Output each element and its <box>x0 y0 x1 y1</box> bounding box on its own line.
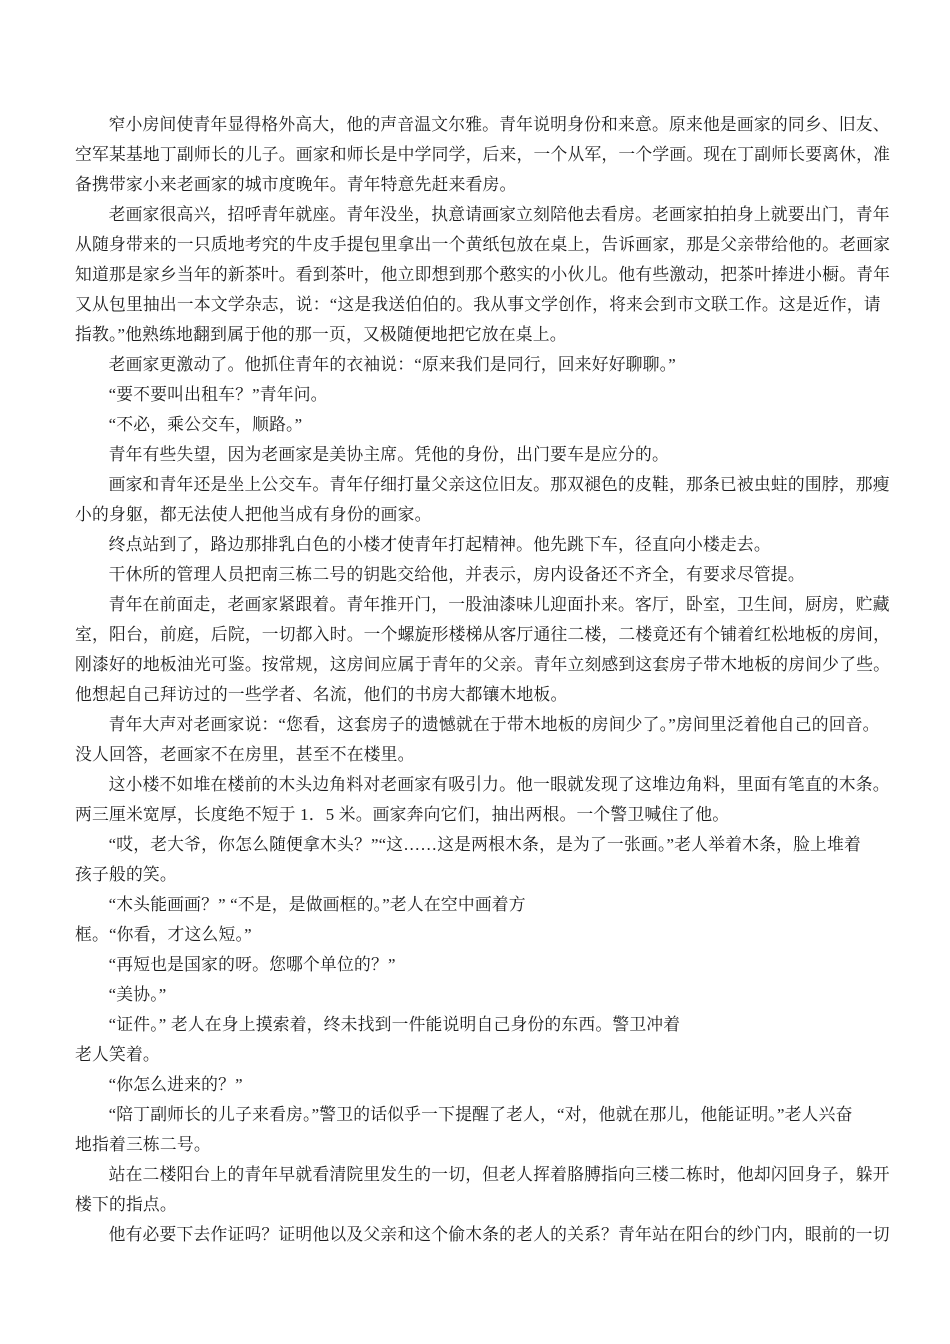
text-line: 青年有些失望，因为老画家是美协主席。凭他的身份，出门要车是应分的。 <box>75 440 893 470</box>
text-line: 老人笑着。 <box>75 1040 893 1070</box>
paragraph: “再短也是国家的呀。您哪个单位的？” <box>75 950 893 980</box>
paragraph: “不必，乘公交车，顺路。” <box>75 410 893 440</box>
text-line: 画家和青年还是坐上公交车。青年仔细打量父亲这位旧友。那双褪色的皮鞋，那条已被虫蛀… <box>75 470 893 500</box>
text-line: 室，阳台，前庭，后院，一切都入时。一个螺旋形楼梯从客厅通往二楼，二楼竟还有个铺着… <box>75 620 893 650</box>
text-line: 窄小房间使青年显得格外高大，他的声音温文尔雅。青年说明身份和来意。原来他是画家的… <box>75 110 893 140</box>
text-line: “你怎么进来的？” <box>75 1070 893 1100</box>
text-line: 青年在前面走，老画家紧跟着。青年推开门，一股油漆味儿迎面扑来。客厅，卧室，卫生间… <box>75 590 893 620</box>
text-line: 地指着三栋二号。 <box>75 1130 893 1160</box>
text-line: 老画家更激动了。他抓住青年的衣袖说：“原来我们是同行，回来好好聊聊。” <box>75 350 893 380</box>
document-body: 窄小房间使青年显得格外高大，他的声音温文尔雅。青年说明身份和来意。原来他是画家的… <box>75 110 893 1250</box>
text-line: 备携带家小来老画家的城市度晚年。青年特意先赶来看房。 <box>75 170 893 200</box>
text-line: 两三厘米宽厚，长度绝不短于 1．5 米。画家奔向它们，抽出两根。一个警卫喊住了他… <box>75 800 893 830</box>
text-line: 老画家很高兴，招呼青年就座。青年没坐，执意请画家立刻陪他去看房。老画家拍拍身上就… <box>75 200 893 230</box>
text-line: 他想起自己拜访过的一些学者、名流，他们的书房大都镶木地板。 <box>75 680 893 710</box>
text-line: “美协。” <box>75 980 893 1010</box>
paragraph: “你怎么进来的？” <box>75 1070 893 1100</box>
text-line: “不必，乘公交车，顺路。” <box>75 410 893 440</box>
paragraph: “美协。” <box>75 980 893 1010</box>
text-line: 这小楼不如堆在楼前的木头边角料对老画家有吸引力。他一眼就发现了这堆边角料，里面有… <box>75 770 893 800</box>
text-line: “要不要叫出租车？”青年问。 <box>75 380 893 410</box>
text-line: “陪丁副师长的儿子来看房。”警卫的话似乎一下提醒了老人，“对，他就在那儿，他能证… <box>75 1100 893 1130</box>
paragraph: 他有必要下去作证吗？证明他以及父亲和这个偷木条的老人的关系？青年站在阳台的纱门内… <box>75 1220 893 1250</box>
text-line: “哎，老大爷，你怎么随便拿木头？”“这……这是两根木条，是为了一张画。”老人举着… <box>75 830 893 860</box>
paragraph: 青年在前面走，老画家紧跟着。青年推开门，一股油漆味儿迎面扑来。客厅，卧室，卫生间… <box>75 590 893 710</box>
text-line: 青年大声对老画家说：“您看，这套房子的遗憾就在于带木地板的房间少了。”房间里泛着… <box>75 710 893 740</box>
text-line: 他有必要下去作证吗？证明他以及父亲和这个偷木条的老人的关系？青年站在阳台的纱门内… <box>75 1220 893 1250</box>
text-line: 孩子般的笑。 <box>75 860 893 890</box>
text-line: “再短也是国家的呀。您哪个单位的？” <box>75 950 893 980</box>
paragraph: 终点站到了，路边那排乳白色的小楼才使青年打起精神。他先跳下车，径直向小楼走去。 <box>75 530 893 560</box>
paragraph: 青年有些失望，因为老画家是美协主席。凭他的身份，出门要车是应分的。 <box>75 440 893 470</box>
text-line: 指教。”他熟练地翻到属于他的那一页，又极随便地把它放在桌上。 <box>75 320 893 350</box>
text-line: 终点站到了，路边那排乳白色的小楼才使青年打起精神。他先跳下车，径直向小楼走去。 <box>75 530 893 560</box>
paragraph: 窄小房间使青年显得格外高大，他的声音温文尔雅。青年说明身份和来意。原来他是画家的… <box>75 110 893 200</box>
text-line: 框。“你看，才这么短。” <box>75 920 893 950</box>
text-line: 又从包里抽出一本文学杂志，说：“这是我送伯伯的。我从事文学创作，将来会到市文联工… <box>75 290 893 320</box>
paragraph: “木头能画画？” “不是，是做画框的。”老人在空中画着方框。“你看，才这么短。” <box>75 890 893 950</box>
paragraph: “哎，老大爷，你怎么随便拿木头？”“这……这是两根木条，是为了一张画。”老人举着… <box>75 830 893 890</box>
paragraph: 这小楼不如堆在楼前的木头边角料对老画家有吸引力。他一眼就发现了这堆边角料，里面有… <box>75 770 893 830</box>
paragraph: 画家和青年还是坐上公交车。青年仔细打量父亲这位旧友。那双褪色的皮鞋，那条已被虫蛀… <box>75 470 893 530</box>
paragraph: 站在二楼阳台上的青年早就看清院里发生的一切，但老人挥着胳膊指向三楼二栋时，他却闪… <box>75 1160 893 1220</box>
paragraph: “要不要叫出租车？”青年问。 <box>75 380 893 410</box>
paragraph: 老画家更激动了。他抓住青年的衣袖说：“原来我们是同行，回来好好聊聊。” <box>75 350 893 380</box>
text-line: 从随身带来的一只质地考究的牛皮手提包里拿出一个黄纸包放在桌上，告诉画家，那是父亲… <box>75 230 893 260</box>
text-line: 干休所的管理人员把南三栋二号的钥匙交给他，并表示，房内设备还不齐全，有要求尽管提… <box>75 560 893 590</box>
text-line: “木头能画画？” “不是，是做画框的。”老人在空中画着方 <box>75 890 893 920</box>
text-line: 楼下的指点。 <box>75 1190 893 1220</box>
text-line: 站在二楼阳台上的青年早就看清院里发生的一切，但老人挥着胳膊指向三楼二栋时，他却闪… <box>75 1160 893 1190</box>
text-line: “证件。” 老人在身上摸索着，终未找到一件能说明自己身份的东西。警卫冲着 <box>75 1010 893 1040</box>
text-line: 小的身躯，都无法使人把他当成有身份的画家。 <box>75 500 893 530</box>
text-line: 没人回答，老画家不在房里，甚至不在楼里。 <box>75 740 893 770</box>
paragraph: 青年大声对老画家说：“您看，这套房子的遗憾就在于带木地板的房间少了。”房间里泛着… <box>75 710 893 770</box>
document-page: 窄小房间使青年显得格外高大，他的声音温文尔雅。青年说明身份和来意。原来他是画家的… <box>0 0 950 1344</box>
paragraph: 干休所的管理人员把南三栋二号的钥匙交给他，并表示，房内设备还不齐全，有要求尽管提… <box>75 560 893 590</box>
text-line: 知道那是家乡当年的新茶叶。看到茶叶，他立即想到那个憨实的小伙儿。他有些激动，把茶… <box>75 260 893 290</box>
paragraph: “证件。” 老人在身上摸索着，终未找到一件能说明自己身份的东西。警卫冲着老人笑着… <box>75 1010 893 1070</box>
text-line: 空军某基地丁副师长的儿子。画家和师长是中学同学，后来，一个从军，一个学画。现在丁… <box>75 140 893 170</box>
paragraph: “陪丁副师长的儿子来看房。”警卫的话似乎一下提醒了老人，“对，他就在那儿，他能证… <box>75 1100 893 1160</box>
paragraph: 老画家很高兴，招呼青年就座。青年没坐，执意请画家立刻陪他去看房。老画家拍拍身上就… <box>75 200 893 350</box>
text-line: 刚漆好的地板油光可鉴。按常规，这房间应属于青年的父亲。青年立刻感到这套房子带木地… <box>75 650 893 680</box>
